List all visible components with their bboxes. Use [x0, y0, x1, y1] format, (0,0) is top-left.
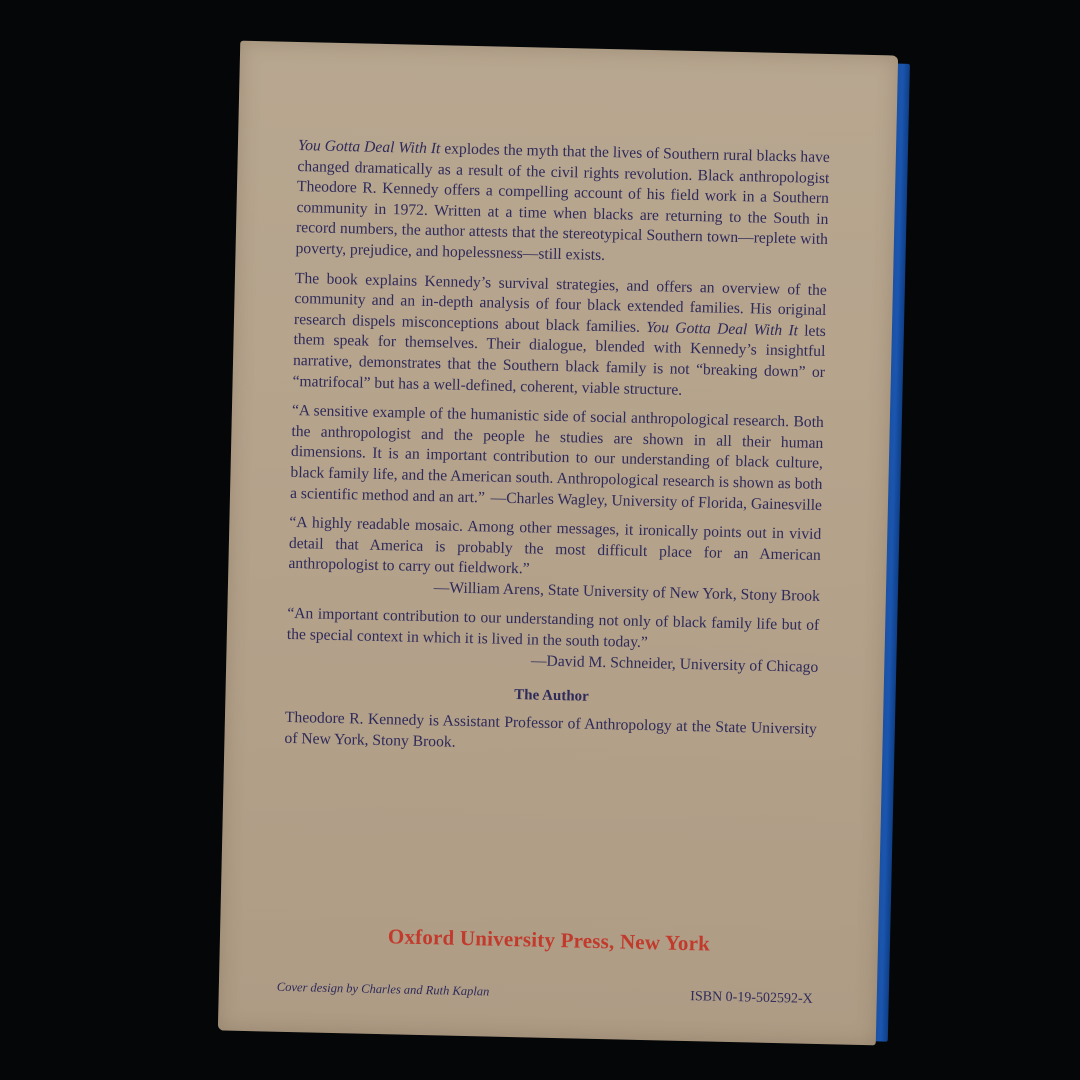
- publisher-name: Oxford University Press, New York: [220, 920, 878, 960]
- cover-footer: Cover design by Charles and Ruth Kaplan …: [277, 980, 813, 1008]
- cover-text-block: You Gotta Deal With It explodes the myth…: [284, 136, 830, 770]
- review-1: “A sensitive example of the humanistic s…: [290, 401, 824, 516]
- cover-paper: You Gotta Deal With It explodes the myth…: [218, 41, 898, 1046]
- book-title-italic: You Gotta Deal With It: [298, 137, 441, 157]
- review-attribution: —William Arens, State University of New …: [288, 575, 820, 608]
- review-quote: “An important contribution to our unders…: [287, 605, 820, 651]
- review-2: “A highly readable mosaic. Among other m…: [288, 513, 822, 607]
- review-attribution: —David M. Schneider, University of Chica…: [531, 651, 819, 678]
- author-bio: Theodore R. Kennedy is Assistant Profess…: [284, 708, 817, 761]
- review-3: “An important contribution to our unders…: [287, 604, 820, 657]
- cover-design-credit: Cover design by Charles and Ruth Kaplan: [277, 980, 490, 1000]
- book-title-italic: You Gotta Deal With It: [646, 319, 798, 339]
- isbn: ISBN 0-19-502592-X: [690, 989, 813, 1008]
- review-attribution: —Charles Wagley, University of Florida, …: [490, 488, 822, 516]
- description-text: explodes the myth that the lives of Sout…: [295, 140, 830, 264]
- book-back-cover: You Gotta Deal With It explodes the myth…: [218, 41, 898, 1046]
- review-quote: “A highly readable mosaic. Among other m…: [288, 514, 821, 578]
- description-paragraph-2: The book explains Kennedy’s survival str…: [292, 269, 827, 405]
- author-heading: The Author: [285, 680, 817, 713]
- description-paragraph-1: You Gotta Deal With It explodes the myth…: [295, 136, 830, 272]
